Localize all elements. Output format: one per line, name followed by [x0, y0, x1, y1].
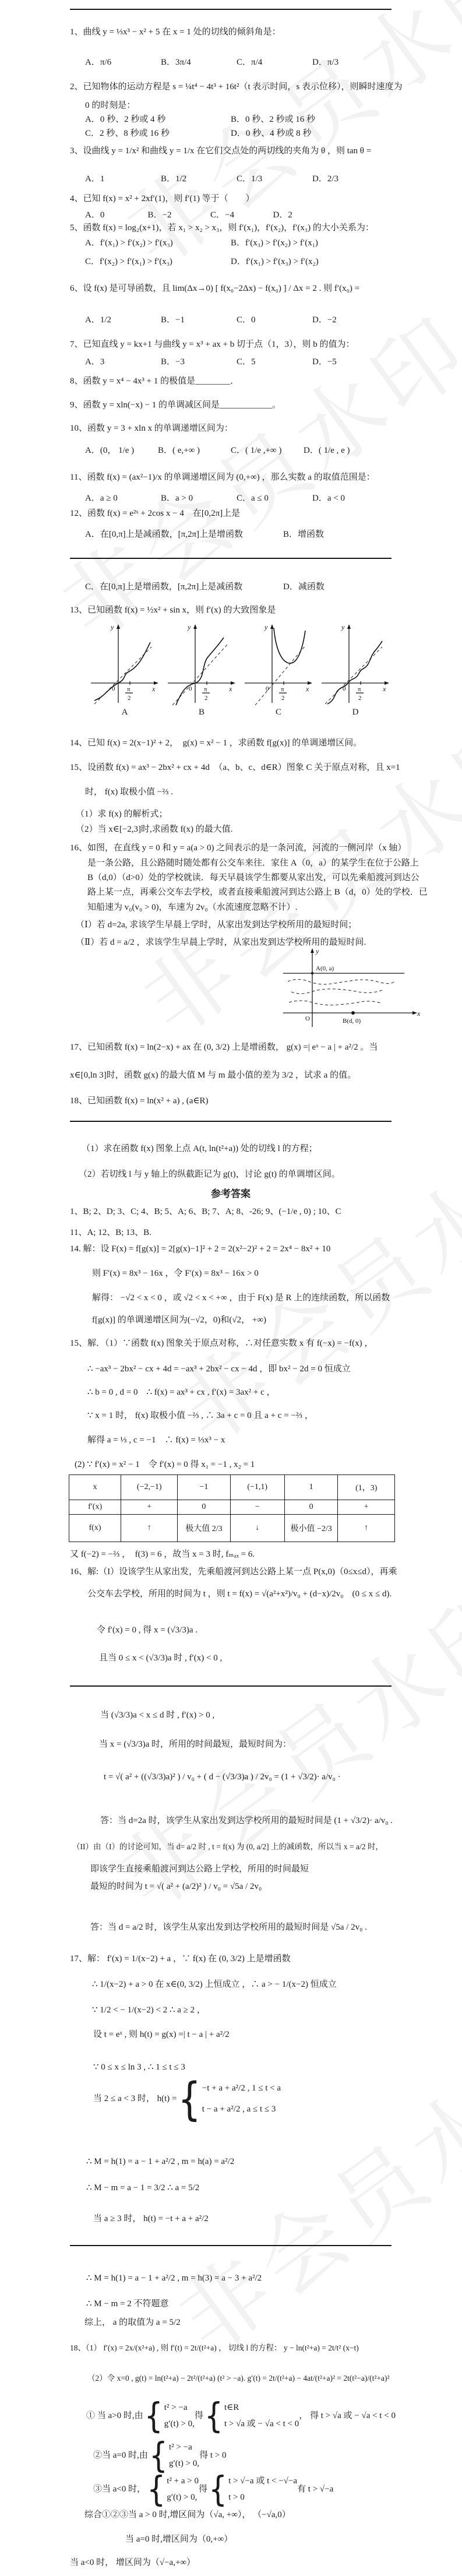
x-label: x [228, 685, 232, 693]
q7-option-d: D．−5 [312, 357, 388, 368]
tick-num: π [204, 686, 207, 693]
q5-stem: 5、函数 f(x) = log₂(x+1)，若 x₁ > x₂ > x₃，则 f… [70, 223, 374, 234]
q7-options: A．3 B．−3 C．5 D．−5 [85, 357, 388, 368]
sol17-case1-label: 当 2 ≤ a < 3 时， h(t) = [93, 2093, 177, 2105]
q13-graphs: y x 0 π 2 y x 0 π 2 [86, 619, 394, 705]
q12-options-ab: A．在[0,π]上是减函数，[π,2π]上是增函数 B．增函数 [85, 529, 392, 541]
brace-icon: { [178, 2079, 200, 2120]
brace-icon: { [147, 2474, 165, 2505]
page-separator [70, 2245, 392, 2246]
q18-stem: 18、已知函数 f(x) = ln(x² + a) , (a∈R) [70, 1096, 208, 1107]
q5-options-ab: A．f′(x₁) > f′(x₂) > f′(x₃) B．f′(x₃) > f′… [85, 238, 376, 249]
table-cell: 极大值 2/3 [178, 1515, 230, 1542]
sol18-case2-tail: 得 t > 0 [199, 2450, 226, 2462]
q16-line3: B（d,0）（d>0）处的学校就读．每天早晨该学生都要从家出发，可以先乘船渡河到… [87, 872, 419, 884]
y-arrow-icon [193, 624, 197, 629]
sol17-line7: ∴ M = h(1) = a − 1 + a²/2 , m = h(a) = a… [86, 2156, 234, 2168]
table-cell: (−1,1) [230, 1475, 284, 1500]
table-cell: f(x) [69, 1515, 121, 1542]
q15-part1: （1）求 f(x) 的解析式； [76, 809, 168, 821]
q2-options-cd: C．2 秒、8 秒或 16 秒 D．0 秒、4 秒或 8 秒 [85, 128, 376, 140]
sol16-line12: 答：当 d = a/2 时，该学生从家出发到达学校所用的最短时间是 √5a / … [90, 1922, 367, 1934]
table-cell: x [69, 1475, 121, 1500]
sol17-line8: ∴ M − m = a − 1 = 3/2 ∴ a = 5/2 [86, 2183, 199, 2194]
q13-label-a: A [86, 708, 163, 717]
sol15-line4: ∵ x = 1 时， f(x) 取极小值 −⅔ , ∴ 3a + c = 0 且… [87, 1410, 313, 1422]
worksheet-page: 非会员水印 非会员水印 非会员水印 非会员水印 非会员水印 非会员水印 1、曲线… [0, 0, 462, 2576]
q11-option-c: C．a ≤ 0 [237, 493, 312, 505]
q1-options: A．π/6 B．3π/4 C．π/4 D．π/3 [85, 57, 388, 69]
q13-label-b: B [163, 708, 240, 717]
tick-num: π [358, 686, 361, 693]
q12-options-cd: C．在[0,π]上是增函数，[π,2π]上是减函数 D．减函数 [85, 582, 392, 593]
tick-den: 2 [128, 695, 131, 702]
page-separator [70, 9, 392, 10]
origin-label: 0 [343, 685, 346, 692]
q6-option-d: D．−2 [312, 315, 388, 326]
x-label: x [417, 1009, 421, 1018]
table-cell: (−2,−1) [121, 1475, 178, 1500]
q18-part1: （1）求在函数 f(x) 图象上点 A(t, ln(t²+a)) 处的切线 l … [82, 1143, 318, 1155]
q6-option-a: A．1/2 [85, 315, 161, 326]
q3-option-d: D．2/3 [312, 174, 388, 185]
table-cell: 0 [284, 1500, 338, 1515]
q4-options: A．0 B．−2 C．−4 D．2 [85, 210, 336, 221]
table-cell: 极小值 −2/3 [284, 1515, 338, 1542]
q10-option-c: C．( 1/e ,+∞ ) [231, 445, 304, 457]
sol16-line1: 16、解:（I）设该学生从家出发，先乘船渡河到达公路上某一点 P(x,0)（0≤… [70, 1567, 397, 1578]
q13-stem: 13、已知函数 f(x) = ½x² + sin x，则 f′(x) 的大致图象… [70, 605, 276, 617]
point-b [351, 1011, 355, 1015]
q11-option-b: B．a > 0 [161, 493, 237, 505]
sol16-line3: 令 f′(x) = 0 , 得 x = (√3/3)a . [97, 1625, 198, 1637]
table-cell: 0 [178, 1500, 230, 1515]
q6-option-c: C．0 [237, 315, 312, 326]
q4-option-a: A．0 [85, 210, 148, 221]
sol18-line1: 18、（1） f′(x) = 2x/(x²+a) , 则 f′(t) = 2t/… [70, 2343, 359, 2353]
point-a-label: A(0, a) [316, 965, 334, 972]
q1-stem: 1、曲线 y = ⅓x³ − x² + 5 在 x = 1 处的切线的倾斜角是： [70, 27, 281, 38]
sol17-line10: ∴ M = h(1) = a − 1 + a²/2 , m = h(3) = a… [86, 2273, 262, 2285]
brace-icon: { [209, 2474, 227, 2505]
q7-option-b: B．−3 [161, 357, 237, 368]
sol18-case3-tail: 有 t > √−a [297, 2484, 333, 2496]
y-label: y [110, 623, 114, 631]
sol18-case2-label: ②当 a=0 时,由 [93, 2450, 148, 2462]
q12-option-d: D．减函数 [283, 582, 392, 593]
q2-option-b: B．0 秒、2 秒或 16 秒 [231, 114, 376, 126]
sol18-case3-cond1: t² + a > 0 [167, 2476, 199, 2487]
sol18-case3-cond2: g′(t) > 0, [167, 2492, 199, 2504]
sol16-line10: 即该学生直接乘船渡河到达公路上学校，所用的时间最短 [90, 1864, 309, 1875]
q5-options-cd: C．f′(x₂) > f′(x₁) > f′(x₃) D．f′(x₁) > f′… [85, 256, 376, 268]
sol18-line6: 综合①②③当 a > 0 时,增区间为（√a, +∞）， （−√a,0） [84, 2510, 291, 2521]
table-cell: (1，3) [338, 1475, 395, 1500]
x-label: x [151, 685, 156, 693]
q2-option-c: C．2 秒、8 秒或 16 秒 [85, 128, 231, 140]
sol14-line1: 14. 解：设 F(x) = f[g(x)] = 2[g(x)−1]² + 2 … [70, 1244, 330, 1255]
sol16-line4: 且当 0 ≤ x < (√3/3)a 时 , f′(x) < 0 , [99, 1653, 222, 1664]
sol17-piece1: −t + a + a²/2 , 1 ≤ t < a [202, 2083, 281, 2095]
river-wave [288, 980, 395, 984]
q1-option-a: A．π/6 [85, 57, 161, 69]
q5-option-b: B．f′(x₃) > f′(x₂) > f′(x₁) [231, 238, 376, 249]
brace-icon: { [145, 2401, 163, 2432]
q13-graph-a: y x 0 π 2 [86, 619, 163, 705]
sol16-line7: t = √( a² + ((√3/3)a)² ) / v₀ + ( d − (√… [104, 1772, 341, 1783]
brace-icon: { [150, 2440, 167, 2472]
q6-options: A．1/2 B．−1 C．0 D．−2 [85, 315, 388, 326]
river-wave [289, 1001, 381, 1005]
sol16-line9: （II）由（I）的讨论可知，当 d= a/2 时 , t = f(x) 为 (0… [72, 1842, 383, 1852]
q2-stem: 2、已知物体的运动方程是 s = ¼t⁴ − 4t³ + 16t²（t 表示时间… [70, 82, 402, 93]
sol17-line4: 设 t = eˣ , 则 h(t) = g(x) =| t − a | + a²… [93, 2029, 230, 2041]
q13-graph-c: y x 0 π 2 [240, 619, 317, 705]
point-b-label: B(d, 0) [343, 1018, 361, 1025]
q11-options: A．a ≥ 0 B．a > 0 C．a ≤ 0 D．a < 0 [85, 493, 388, 505]
q12-option-b: B．增函数 [283, 529, 392, 541]
sol16-line2: 公交车去学校，所用的时间为 t ，则 t = f(x) = √(a²+x²)/v… [87, 1589, 392, 1600]
page-separator [70, 1121, 392, 1122]
q7-option-c: C．5 [237, 357, 312, 368]
sol18-case2-cond1: t² > −a [169, 2442, 199, 2454]
table-cell: ↑ [338, 1515, 395, 1542]
dashed-line [172, 645, 227, 705]
q16-line1: 16、如图，在直线 y = 0 和 y = a(a > 0) 之间表示的是一条河… [70, 843, 406, 854]
q1-option-b: B．3π/4 [161, 57, 237, 69]
q10-option-b: B．( e,+∞ ) [158, 445, 231, 457]
q10-options: A．(0， 1/e ) B．( e,+∞ ) C．( 1/e ,+∞ ) D．(… [85, 445, 376, 457]
y-label: y [264, 623, 268, 631]
q2-options-ab: A．0 秒、2 秒或 4 秒 B．0 秒、2 秒或 16 秒 [85, 114, 376, 126]
sol14-line2: 则 F′(x) = 8x³ − 16x ，令 F′(x) = 8x³ − 16x… [92, 1268, 259, 1280]
q17-line2: x∈[0,ln 3]时，函数 g(x) 的最大值 M 与 m 最小值的差为 3/… [70, 1070, 356, 1082]
q16-river-diagram: y A(0, a) x O B(d, 0) [280, 945, 422, 1030]
sol18-case3-res2: t > 0 [228, 2492, 297, 2504]
x-arrow-icon [412, 1011, 417, 1015]
sol17-line3: ∵ 1/2 < − 1/(x−2) < 2 ∴ a ≥ 2 ， [92, 2005, 206, 2017]
x-label: x [305, 685, 309, 693]
sol17-line12: 综上， a 的取值为 a = 5/2 [84, 2317, 181, 2329]
sol18-case1: ① 当 a>0 时,由 { t² > −a g′(t) > 0, 得 { t∈R… [86, 2400, 396, 2432]
table-cell: − [230, 1500, 284, 1515]
q4-option-b: B．−2 [148, 210, 211, 221]
sol15-line2: ∴ −ax³ − 2bx² − cx + 4d = −ax³ + 2bx² − … [87, 1364, 351, 1375]
q3-option-a: A．1 [85, 174, 161, 185]
q16-line5: 知船速为 v₀(v₀ > 0)，车速为 2v₀（水流速度忽略不计）. [87, 902, 297, 914]
q4-option-d: D．2 [273, 210, 336, 221]
sol17-line5: ∵ 0 ≤ x ≤ ln 3 , ∴ 1 ≤ t ≤ 3 [93, 2062, 185, 2074]
table-cell: ↓ [230, 1515, 284, 1542]
q2-stem-cont: 0 的时刻是： [85, 100, 135, 112]
answer-choices-line2: 11、A; 12、B; 13、B. [70, 1227, 151, 1239]
q12-stem: 12、函数 f(x) = e²ˣ + 2cos x − 4 在[0,2π]上是 [70, 508, 240, 520]
q15-stem: 15、设函数 f(x) = ax³ − 2bx² + cx + 4d （a、b、… [70, 762, 400, 774]
q18-part2: （2）若切线 l 与 y 轴上的纵截距记为 g(t)，讨论 g(t) 的单调增区… [79, 1169, 340, 1181]
sol18-case3: ③当 a<0 时， { t² + a > 0 g′(t) > 0, 得 { t … [93, 2473, 333, 2505]
sol18-line2: （2）令 x=0 , g(t) = ln(t²+a) − 2t²/(t²+a) … [87, 2373, 390, 2384]
y-arrow-icon [270, 624, 274, 629]
curve [327, 641, 382, 704]
q8-stem: 8、函数 y = x⁴ − 4x³ + 1 的极值是________． [70, 376, 239, 388]
sol15-line1: 15、解．（1）∵函数 f(x) 图象关于原点对称，∴对任意实数 x 有 f(−… [70, 1338, 373, 1350]
q6-stem: 6、设 f(x) 是可导函数，且 lim(Δx→0) [ f(x₀−2Δx) −… [70, 283, 359, 295]
y-label: y [341, 623, 345, 631]
table-cell: + [121, 1500, 178, 1515]
q2-option-d: D．0 秒、4 秒或 8 秒 [231, 128, 376, 140]
q15-part2: （2）当 x∈[−2,3]时,求函数 f(x) 的最大值. [76, 824, 233, 836]
origin-label: O [305, 1015, 310, 1022]
sol17-line11: ∴ M − m = 2 不符题意 [86, 2299, 168, 2310]
q11-option-d: D．a < 0 [312, 493, 388, 505]
q3-option-b: B．1/2 [161, 174, 237, 185]
tick-num: π [127, 686, 131, 693]
sol17-piecewise: 当 2 ≤ a < 3 时， h(t) = { −t + a + a²/2 , … [93, 2078, 281, 2120]
sol18-case1-label: ① 当 a>0 时,由 [86, 2410, 143, 2422]
sol18-case3-label: ③当 a<0 时， [93, 2484, 146, 2496]
brace-icon: { [205, 2401, 223, 2432]
table-cell: ↑ [121, 1515, 178, 1542]
origin-label: 0 [112, 685, 115, 692]
q3-stem: 3、设曲线 y = 1/x² 和曲线 y = 1/x 在它们交点处的两切线的夹角… [70, 146, 371, 157]
q13-label-d: D [317, 708, 394, 717]
table-row: f(x) ↑ 极大值 2/3 ↓ 极小值 −2/3 ↑ [69, 1515, 395, 1542]
q3-options: A．1 B．1/2 C．1/3 D．2/3 [85, 174, 388, 185]
curve [94, 642, 150, 701]
q12-option-a: A．在[0,π]上是减函数，[π,2π]上是增函数 [85, 529, 283, 541]
page-separator [70, 558, 392, 559]
q5-option-a: A．f′(x₁) > f′(x₂) > f′(x₃) [85, 238, 231, 249]
table-row: f′(x) + 0 − 0 + [69, 1500, 395, 1515]
origin-label: 0 [266, 685, 269, 692]
tick-den: 2 [281, 695, 285, 702]
table-cell: f′(x) [69, 1500, 121, 1515]
q16-part1: （Ⅰ）若 d=2a, 求该学生早晨上学时，从家出发到达学校所用的最短时间； [76, 920, 357, 931]
sol17-line1: 17、解： f′(x) = 1/(x−2) + a ，∵ f(x) 在 (0, … [70, 1954, 291, 1965]
sol18-case2: ②当 a=0 时,由 { t² > −a g′(t) > 0, 得 t > 0 [93, 2440, 227, 2472]
sol18-case3-res1: t > √−a 或 t < −√−a [228, 2476, 297, 2487]
sol16-line8: 答：当 d=2a 时，该学生从家出发到达学校所用的最短时间是 (1 + √3/2… [100, 1815, 393, 1827]
sol18-case1-res1: t∈R [224, 2402, 299, 2414]
y-label: y [187, 623, 191, 631]
sol16-line6: 当 x = (√3/3)a 时，所用的时间最短，最短时间为： [99, 1739, 291, 1751]
q7-option-a: A．3 [85, 357, 161, 368]
q16-line2: 是一条公路，且公路随时随处都有公交车来往．家住 A（0，a）的某学生在位于公路上 [87, 858, 419, 870]
river-wave [291, 989, 382, 994]
sol15-line7: 又 f(−2) = −⅔ ， f(3) = 6 ，故当 x = 3 时, fₘₐ… [70, 1549, 255, 1561]
sol15-line6: (2) ∵ f′(x) = x² − 1 令 f′(x) = 0 得 x₁ = … [75, 1459, 255, 1471]
q13-graph-b: y x 0 π 2 [163, 619, 240, 705]
q5-option-c: C．f′(x₂) > f′(x₁) > f′(x₃) [85, 256, 231, 268]
sol18-case2-cond2: g′(t) > 0, [169, 2458, 199, 2470]
q11-stem: 11、函数 f(x) = (ax²−1)/x 的单调递增区间为 (0,+∞) ，… [70, 472, 375, 484]
sol14-line4: f[g(x)] 的单调递增区间为(−√2，0)和(√2， +∞) [92, 1315, 266, 1326]
q2-option-a: A．0 秒、2 秒或 4 秒 [85, 114, 231, 126]
y-arrow-icon [347, 624, 351, 629]
curve [176, 638, 224, 705]
sol18-line7: 当 a=0 时,增区间为（0,+∞） [125, 2534, 232, 2546]
q4-option-c: C．−4 [210, 210, 273, 221]
sol15-line3: ∴ b = 0 , d = 0 ∴ f(x) = ax³ + cx , f′(x… [87, 1387, 275, 1399]
sol15-line5: 解得 a = ⅓ , c = −1 ∴ f(x) = ⅓x³ − x [87, 1435, 225, 1447]
q15-stem-cont: 时， f(x) 取极小值 −⅔ . [85, 787, 173, 798]
point-a [311, 972, 313, 974]
sol15-monotony-table: x (−2,−1) −1 (−1,1) 1 (1，3) f′(x) + 0 − … [69, 1474, 395, 1542]
q6-option-b: B．−1 [161, 315, 237, 326]
sol18-case1-cond2: g′(t) > 0, [164, 2419, 195, 2430]
sol17-piece2: t − a + a²/2 , a ≤ t ≤ 3 [202, 2104, 281, 2116]
q14-stem: 14、已知 f(x) = 2(x−1)² + 2， g(x) = x² − 1 … [70, 738, 362, 749]
q17-line1: 17、已知函数 f(x) = ln(2−x) + ax 在 (0, 3/2) 上… [70, 1042, 378, 1054]
tick-den: 2 [204, 695, 208, 702]
table-cell: + [338, 1500, 395, 1515]
sol18-case1-cond1: t² > −a [164, 2402, 195, 2414]
sol17-line2: ∴ 1/(x−2) + a > 0 在 x∈(0, 3/2) 上恒成立 ，∴ a… [92, 1979, 337, 1991]
answer-choices-line1: 1、B; 2、D; 3、C; 4、B; 5、A; 6、B; 7、A; 8、-26… [70, 1206, 341, 1218]
sol16-line5: 当 (√3/3)a < x ≤ d 时 , f′(x) > 0 , [100, 1710, 214, 1722]
table-cell: 1 [284, 1475, 338, 1500]
q1-option-c: C．π/4 [237, 57, 312, 69]
q10-option-d: D．( 1/e , e ) [304, 445, 376, 457]
q13-label-c: C [240, 708, 317, 717]
q1-option-d: D．π/3 [312, 57, 388, 69]
sol14-line3: 解得： −√2 < x < 0 ，或 √2 < x < +∞ ，由于 F(x) … [92, 1293, 390, 1304]
sol18-line8: 当 a<0 时， 增区间为（√−a,+∞） [70, 2557, 195, 2569]
sol18-case3-mid: 得 [199, 2484, 207, 2496]
q13-graph-d: y x 0 π 2 [317, 619, 394, 705]
q11-option-a: A．a ≥ 0 [85, 493, 161, 505]
q5-option-d: D．f′(x₁) > f′(x₃) > f′(x₂) [231, 256, 376, 268]
q16-line4: 路上某一点，再乘公交车去学校，或者直接乘船渡河到达公路上 B（d，0）处的学校．… [87, 887, 428, 899]
page-separator [70, 1685, 392, 1687]
y-arrow-icon [117, 624, 120, 629]
tick-num: π [281, 686, 284, 693]
curve [274, 628, 305, 663]
tick-den: 2 [358, 695, 362, 702]
sol17-line9: 当 a ≥ 3 时， h(t) = −t + a + a²/2 [93, 2213, 209, 2225]
answer-section-title: 参考答案 [70, 1188, 392, 1201]
table-cell: −1 [178, 1475, 230, 1500]
table-row: x (−2,−1) −1 (−1,1) 1 (1，3) [69, 1475, 395, 1500]
q13-graph-labels: A B C D [86, 708, 394, 717]
y-arrow-icon [311, 948, 314, 953]
q4-stem: 4、已知 f(x) = x² + 2xf′(1)，则 f′(1) 等于（ ） [70, 193, 255, 205]
q12-option-c: C．在[0,π]上是增函数，[π,2π]上是减函数 [85, 582, 283, 593]
q7-stem: 7、已知直线 y = kx+1 与曲线 y = x³ + ax + b 切于点（… [70, 339, 354, 351]
q10-option-a: A．(0， 1/e ) [85, 445, 158, 457]
dashed-line [325, 647, 382, 704]
sol16-line11: 最短的时间为 t = √( a² + (a/2)² ) / v₀ = √5a /… [90, 1881, 262, 1893]
x-label: x [382, 685, 386, 693]
sol18-case1-res2: t > √a 或 − √a < t < 0 [224, 2419, 299, 2430]
origin-label: 0 [189, 685, 192, 692]
sol18-case1-mid: 得 [195, 2410, 203, 2422]
sol18-case1-tail: ， 得 t > √a 或 − √a < t < 0 [299, 2410, 396, 2422]
y-label: y [315, 947, 319, 955]
q3-option-c: C．1/3 [237, 174, 312, 185]
q9-stem: 9、函数 y = xln(−x) − 1 的单调减区间是____________… [70, 400, 281, 411]
q10-stem: 10、函数 y = 3 + xln x 的单调递增区间为： [70, 423, 233, 435]
